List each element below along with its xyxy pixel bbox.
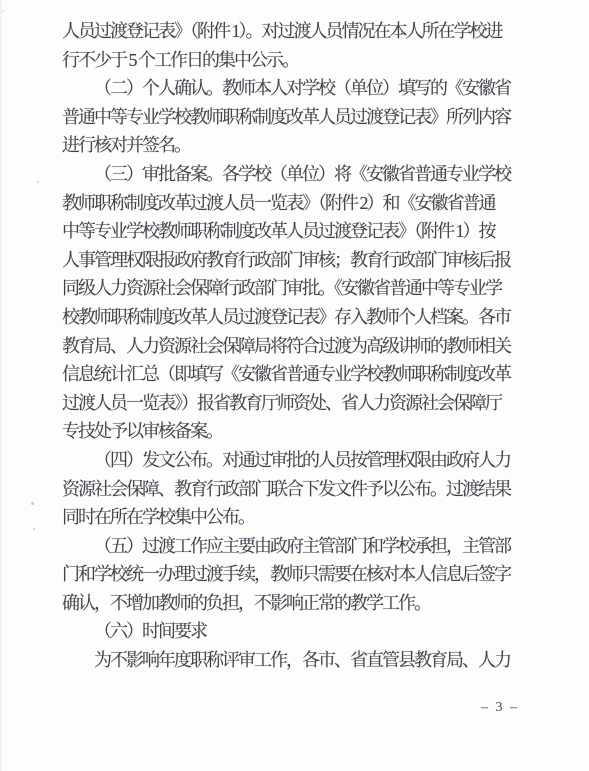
text-line: 教师职称制度改革过渡人员一览表》（附件 2）和《安徽省普通 — [62, 189, 532, 218]
text-line: 行不少于 5 个工作日的集中公示。 — [62, 46, 532, 75]
text-line: （四）发文公布。对通过审批的人员按管理权限由政府人力 — [62, 446, 532, 475]
text-line: 普通中等专业学校教师职称制度改革人员过渡登记表》所列内容 — [62, 103, 532, 132]
text-line: （五）过渡工作应主要由政府主管部门和学校承担，主管部 — [62, 532, 532, 561]
text-line: 为不影响年度职称评审工作，各市、省直管县教育局、人力 — [62, 646, 532, 675]
text-line: 专技处予以审核备案。 — [62, 417, 532, 446]
scan-speck — [33, 528, 35, 530]
text-line: 进行核对并签名。 — [62, 131, 532, 160]
text-line: 过渡人员一览表》）报省教育厅师资处、省人力资源社会保障厅 — [62, 389, 532, 418]
scan-speck — [31, 502, 34, 505]
text-line: 校教师职称制度改革人员过渡登记表》存入教师个人档案。各市 — [62, 303, 532, 332]
text-line: 信息统计汇总（即填写《安徽省普通专业学校教师职称制度改革 — [62, 360, 532, 389]
scan-speck — [2, 10, 4, 12]
text-line: 人员过渡登记表》（附件 1）。对过渡人员情况在本人所在学校进 — [62, 17, 532, 46]
page-number: – 3 – — [481, 700, 519, 716]
text-line: （三）审批备案。各学校（单位）将《安徽省普通专业学校 — [62, 160, 532, 189]
text-line: 确认，不增加教师的负担，不影响正常的教学工作。 — [62, 589, 532, 618]
text-line: 人事管理权限报政府教育行政部门审核；教育行政部门审核后报 — [62, 246, 532, 275]
text-line: （二）个人确认。教师本人对学校（单位）填写的《安徽省 — [62, 74, 532, 103]
text-line: 同时在所在学校集中公布。 — [62, 503, 532, 532]
text-line: 门和学校统一办理过渡手续，教师只需要在核对本人信息后签字 — [62, 560, 532, 589]
document-page: 人员过渡登记表》（附件 1）。对过渡人员情况在本人所在学校进行不少于 5 个工作… — [0, 0, 589, 771]
text-line: 教育局、人力资源社会保障局将符合过渡为高级讲师的教师相关 — [62, 332, 532, 361]
text-line: （六）时间要求 — [62, 617, 532, 646]
scan-speck — [37, 181, 39, 183]
text-line: 同级人力资源社会保障行政部门审批。《安徽省普通中等专业学 — [62, 274, 532, 303]
document-body: 人员过渡登记表》（附件 1）。对过渡人员情况在本人所在学校进行不少于 5 个工作… — [62, 17, 532, 675]
text-line: 资源社会保障、教育行政部门联合下发文件予以公布。过渡结果 — [62, 475, 532, 504]
scan-edge-shade — [0, 0, 3, 771]
text-line: 中等专业学校教师职称制度改革人员过渡登记表》（附件 1）按 — [62, 217, 532, 246]
